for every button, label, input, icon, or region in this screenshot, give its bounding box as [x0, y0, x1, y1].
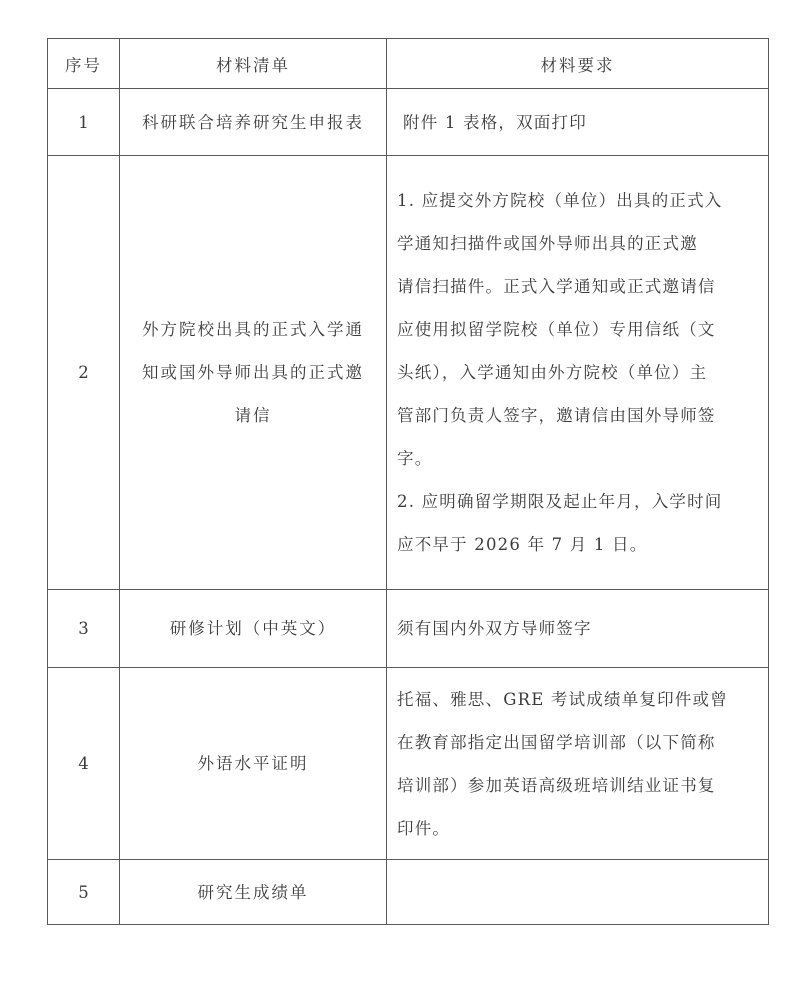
table-row: 4 外语水平证明 托福、雅思、GRE 考试成绩单复印件或曾 在教育部指定出国留学…: [48, 668, 769, 860]
requirement-line: 学通知扫描件或国外导师出具的正式邀: [397, 222, 760, 265]
material-name: 外语水平证明: [120, 668, 387, 860]
table-header-row: 序号 材料清单 材料要求: [48, 39, 769, 89]
material-name: 研修计划（中英文）: [120, 590, 387, 668]
material-name-line: 研究生成绩单: [126, 871, 380, 914]
header-no: 序号: [48, 39, 120, 89]
material-name-line: 请信: [126, 394, 380, 437]
material-requirement: 须有国内外双方导师签字: [387, 590, 769, 668]
material-name-line: 外语水平证明: [126, 742, 380, 785]
material-name-line: 研修计划（中英文）: [126, 607, 380, 650]
requirement-line: 应不早于 2026 年 7 月 1 日。: [397, 523, 760, 566]
requirement-line: 印件。: [397, 807, 760, 850]
requirement-line: 1. 应提交外方院校（单位）出具的正式入: [397, 179, 760, 222]
table-row: 1 科研联合培养研究生申报表 附件 1 表格，双面打印: [48, 89, 769, 156]
material-requirement: 1. 应提交外方院校（单位）出具的正式入 学通知扫描件或国外导师出具的正式邀 请…: [387, 156, 769, 590]
requirement-line: 字。: [397, 437, 760, 480]
table-row: 2 外方院校出具的正式入学通 知或国外导师出具的正式邀 请信 1. 应提交外方院…: [48, 156, 769, 590]
material-requirement-empty: [387, 860, 769, 925]
header-material-requirement: 材料要求: [387, 39, 769, 89]
requirement-line: 托福、雅思、GRE 考试成绩单复印件或曾: [397, 678, 760, 721]
requirement-line: 附件 1 表格，双面打印: [403, 101, 760, 144]
table-row: 3 研修计划（中英文） 须有国内外双方导师签字: [48, 590, 769, 668]
requirement-line: 培训部）参加英语高级班培训结业证书复: [397, 764, 760, 807]
material-name: 科研联合培养研究生申报表: [120, 89, 387, 156]
row-number: 5: [48, 860, 120, 925]
requirement-line: 须有国内外双方导师签字: [397, 607, 760, 650]
requirement-line: 2. 应明确留学期限及起止年月，入学时间: [397, 480, 760, 523]
material-requirement: 托福、雅思、GRE 考试成绩单复印件或曾 在教育部指定出国留学培训部（以下简称 …: [387, 668, 769, 860]
row-number: 2: [48, 156, 120, 590]
requirement-line: 管部门负责人签字，邀请信由国外导师签: [397, 394, 760, 437]
header-material-list: 材料清单: [120, 39, 387, 89]
material-requirement: 附件 1 表格，双面打印: [387, 89, 769, 156]
requirement-line: 头纸），入学通知由外方院校（单位）主: [397, 351, 760, 394]
row-number: 3: [48, 590, 120, 668]
requirement-line: 请信扫描件。正式入学通知或正式邀请信: [397, 265, 760, 308]
material-name: 研究生成绩单: [120, 860, 387, 925]
material-name-line: 科研联合培养研究生申报表: [126, 101, 380, 144]
requirement-line: 在教育部指定出国留学培训部（以下简称: [397, 721, 760, 764]
row-number: 1: [48, 89, 120, 156]
material-name-line: 知或国外导师出具的正式邀: [126, 351, 380, 394]
row-number: 4: [48, 668, 120, 860]
materials-table: 序号 材料清单 材料要求 1 科研联合培养研究生申报表 附件 1 表格，双面打印…: [47, 38, 769, 925]
requirement-line: 应使用拟留学院校（单位）专用信纸（文: [397, 308, 760, 351]
table-row: 5 研究生成绩单: [48, 860, 769, 925]
material-name-line: 外方院校出具的正式入学通: [126, 308, 380, 351]
material-name: 外方院校出具的正式入学通 知或国外导师出具的正式邀 请信: [120, 156, 387, 590]
